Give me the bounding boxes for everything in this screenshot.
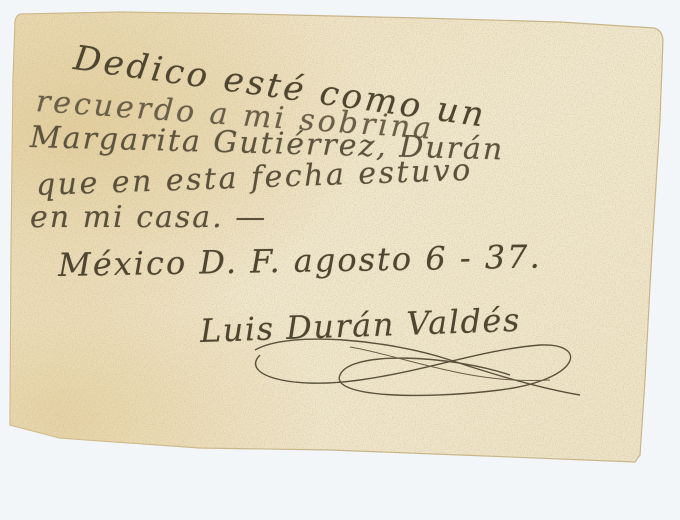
- dedication-line-5: en mi casa. —: [30, 200, 267, 235]
- scanned-card: Dedico esté como un recuerdo a mi sobrin…: [0, 0, 680, 520]
- signature-flourish-icon: [250, 335, 590, 405]
